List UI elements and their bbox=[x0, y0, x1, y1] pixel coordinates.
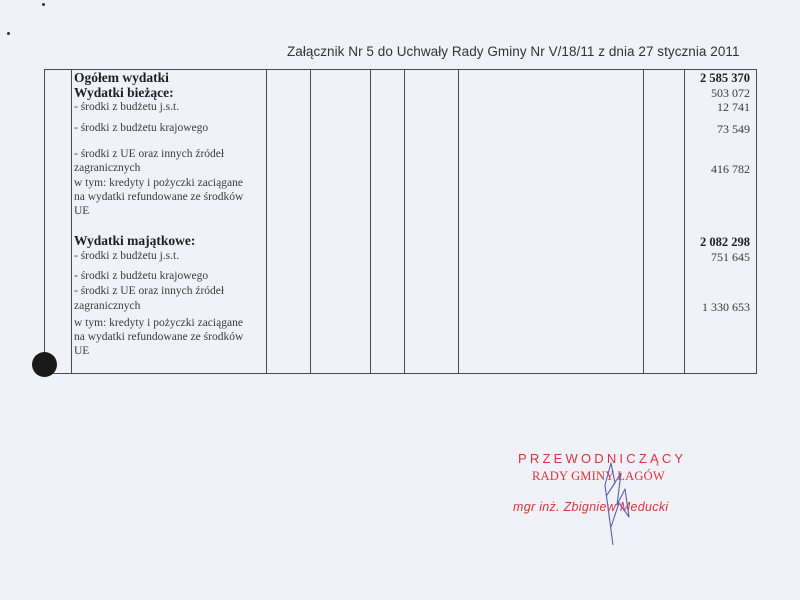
row-label: Wydatki bieżące: bbox=[74, 86, 174, 100]
row-label: - środki z budżetu krajowego bbox=[74, 122, 208, 135]
column-divider bbox=[684, 69, 685, 374]
column-divider bbox=[266, 69, 267, 374]
row-label: na wydatki refundowane ze środków bbox=[74, 331, 243, 344]
scan-speck bbox=[42, 3, 45, 6]
row-amount: 73 549 bbox=[717, 123, 750, 136]
column-divider bbox=[756, 69, 757, 374]
row-label: UE bbox=[74, 205, 89, 218]
document-header: Załącznik Nr 5 do Uchwały Rady Gminy Nr … bbox=[287, 44, 740, 59]
column-divider bbox=[458, 69, 459, 374]
punch-hole bbox=[32, 352, 57, 377]
table-bottom-border bbox=[44, 373, 757, 374]
row-label: w tym: kredyty i pożyczki zaciągane bbox=[74, 177, 243, 190]
column-divider bbox=[643, 69, 644, 374]
column-divider bbox=[71, 69, 72, 374]
row-amount: 751 645 bbox=[711, 251, 750, 264]
column-divider bbox=[370, 69, 371, 374]
row-label: Wydatki majątkowe: bbox=[74, 234, 195, 248]
row-amount: 12 741 bbox=[717, 101, 750, 114]
row-label: na wydatki refundowane ze środków bbox=[74, 191, 243, 204]
column-divider bbox=[310, 69, 311, 374]
scan-speck bbox=[7, 32, 10, 35]
column-divider bbox=[404, 69, 405, 374]
row-amount: 2 082 298 bbox=[700, 236, 750, 249]
row-amount: 503 072 bbox=[711, 87, 750, 100]
row-label: Ogółem wydatki bbox=[74, 71, 169, 85]
row-label: UE bbox=[74, 345, 89, 358]
row-amount: 416 782 bbox=[711, 163, 750, 176]
row-label: w tym: kredyty i pożyczki zaciągane bbox=[74, 317, 243, 330]
row-amount: 1 330 653 bbox=[702, 301, 750, 314]
column-divider bbox=[44, 69, 45, 374]
signature-icon bbox=[585, 455, 635, 555]
row-amount: 2 585 370 bbox=[700, 72, 750, 85]
row-label: zagranicznych bbox=[74, 162, 140, 175]
row-label: - środki z budżetu j.s.t. bbox=[74, 250, 179, 263]
row-label: - środki z budżetu j.s.t. bbox=[74, 101, 179, 114]
row-label: zagranicznych bbox=[74, 300, 140, 313]
row-label: - środki z UE oraz innych źródeł bbox=[74, 285, 224, 298]
row-label: - środki z budżetu krajowego bbox=[74, 270, 208, 283]
row-label: - środki z UE oraz innych źródeł bbox=[74, 148, 224, 161]
